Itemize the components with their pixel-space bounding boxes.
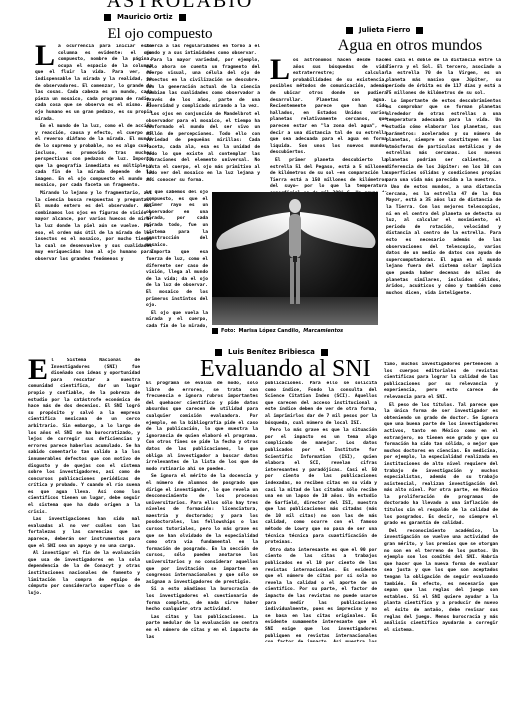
dropcap: E — [28, 358, 48, 382]
author-name: Luis Benítez Bribiesca — [228, 348, 315, 356]
headline-right: Agua en otros mundos — [310, 38, 510, 54]
paragraph: Del reconocimiento académico, la investi… — [384, 529, 498, 635]
article-right-column-2: es casi el doble de la distancia entre l… — [386, 58, 501, 343]
caption-credit: Marisa López Candilo, — [238, 328, 300, 334]
photo-winged-figure — [212, 192, 378, 325]
paragraph: El programa se evalúa de modo, sólo libr… — [146, 381, 258, 473]
paragraph: Pero lo más grave es que la situación po… — [265, 428, 377, 547]
headline-left: El ojo compuesto — [60, 26, 260, 42]
section-title: ASTROLABIO — [0, 0, 360, 11]
author-name: Julieta Fierro — [359, 26, 410, 34]
paragraph: Mirando lo lejano y lo fragmentario, así… — [35, 191, 152, 264]
dropcap: L — [270, 58, 290, 82]
paragraph: Las citas y las publicaciones. La parte … — [146, 615, 258, 641]
article-left-column-1: La ocurrencia para iniciar esta columna … — [35, 44, 152, 344]
paragraph: Importa que esa fuerza de luz, como el d… — [146, 250, 208, 309]
article-left-column-2a: acerca a las regularidades en torno a el… — [146, 44, 260, 189]
article-bottom-column-2: El programa se evalúa de modo, sólo libr… — [146, 381, 258, 642]
photo-caption: Foto: Marisa López Candilo, Marcamientos — [212, 328, 343, 334]
headline-bottom: Evaluando al SNI — [200, 356, 380, 382]
byline-bottom: Luis Benítez Bribiesca — [215, 348, 328, 356]
article-left-column-2b: Lo que sabemos del ojo compuesto, es que… — [146, 190, 208, 328]
byline-square-icon — [346, 27, 353, 34]
article-bottom-column-3: publicaciones. Para ello se solicita com… — [265, 381, 377, 642]
paragraph: Se ignora el mérito de la docencia y el … — [146, 474, 258, 586]
article-bottom-column-4: timo, muchos investigadores pertenecen a… — [384, 362, 498, 642]
caption-square-icon — [212, 328, 218, 334]
article-right-column-1: Los astrónomos hacen desde hace años sus… — [270, 58, 387, 192]
paragraph: Lo importante de estos descubrimientos e… — [386, 99, 501, 185]
paragraph: acerca a las regularidades en torno a el… — [146, 44, 260, 57]
paragraph: Lo que sabemos del ojo compuesto, es que… — [146, 190, 208, 249]
dropcap: L — [35, 44, 55, 68]
paragraph: timo, muchos investigadores pertenecen a… — [384, 362, 498, 402]
paragraph: publicaciones. Para ello se solicita com… — [265, 381, 377, 427]
paragraph: Al investigar el fin de la evaluación qu… — [28, 551, 140, 597]
paragraph: es casi el doble de la distancia entre l… — [386, 58, 501, 98]
byline-square-icon — [321, 349, 328, 356]
winged-figure-icon — [212, 192, 378, 325]
paragraph: Uno de estos mundos, a una distancia cer… — [386, 185, 501, 297]
paragraph: El peso de los títulos. Tal parece que l… — [384, 403, 498, 528]
paragraph: Para la mayor variedad, por ejemplo, sól… — [146, 58, 260, 111]
paragraph: El primer planeta descubierto la estrell… — [270, 158, 387, 192]
byline-square-icon — [215, 349, 222, 356]
article-bottom-column-1: El Sistema Nacional de Investigadores (S… — [28, 358, 140, 642]
byline-square-icon — [179, 14, 186, 21]
byline-square-icon — [104, 14, 111, 21]
caption-prefix: Foto: — [221, 328, 235, 334]
byline-left: Mauricio Ortiz — [104, 13, 186, 21]
author-name: Mauricio Ortiz — [117, 13, 173, 21]
paragraph: Otro dato interesante es que el 90 por c… — [265, 548, 377, 642]
paragraph: Los ojos en conjunción de Mandelbrot el … — [146, 112, 260, 185]
caption-title: Marcamientos — [303, 328, 343, 334]
paragraph: Las investigaciones han sido mal evaluad… — [28, 517, 140, 550]
byline-right: Julieta Fierro — [346, 26, 423, 34]
paragraph: Si a esto añadimos la burocracia de los … — [146, 587, 258, 613]
byline-square-icon — [416, 27, 423, 34]
paragraph: En el mundo de la luz, como el de acción… — [35, 124, 152, 190]
paragraph: El ojo que vuela la mirada y el cuerpo, … — [146, 311, 208, 328]
